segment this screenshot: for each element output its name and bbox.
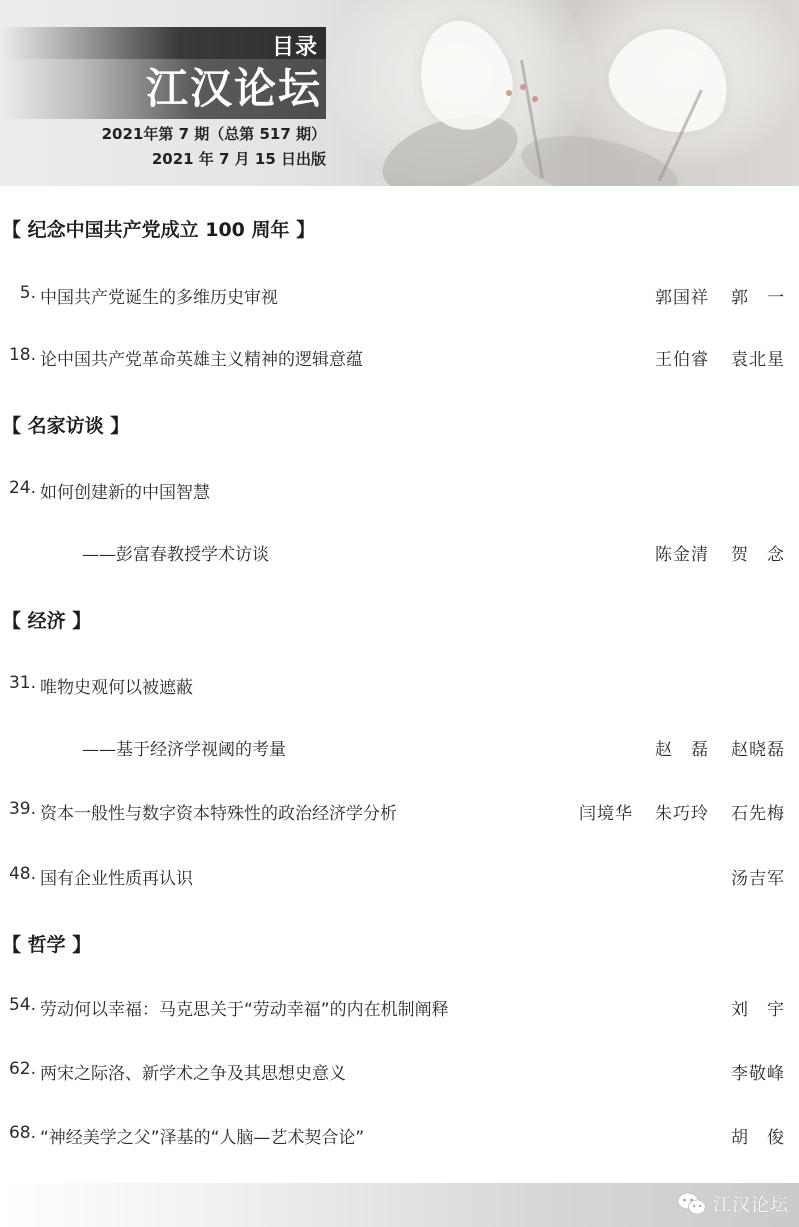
author: 刘 宇 — [731, 995, 785, 1020]
toc-entry[interactable]: 24. 如何创建新的中国智慧 — [0, 478, 799, 508]
footer-bar: 江汉论坛 — [0, 1183, 799, 1227]
publish-date: 2021 年 7 月 15 日出版 — [152, 148, 326, 169]
toc-entry[interactable]: 39. 资本一般性与数字资本特殊性的政治经济学分析 闫境华 朱巧玲 石先梅 — [0, 799, 799, 829]
berry-decoration — [506, 90, 512, 96]
article-title[interactable]: 唯物史观何以被遮蔽 — [40, 673, 193, 698]
article-title[interactable]: 两宋之际洛、新学术之争及其思想史意义 — [40, 1059, 346, 1084]
berry-decoration — [532, 96, 538, 102]
toc-entry-subtitle-row: ——彭富春教授学术访谈 陈金清 贺 念 — [0, 540, 799, 570]
author: 闫境华 — [579, 799, 633, 824]
article-title[interactable]: “神经美学之父”泽基的“人脑—艺术契合论” — [40, 1123, 364, 1148]
section-heading: 【 名家访谈 】 — [2, 411, 129, 438]
page-number: 62. — [0, 1059, 36, 1079]
author: 郭国祥 — [655, 283, 709, 308]
author: 贺 念 — [731, 540, 785, 565]
article-title[interactable]: 中国共产党诞生的多维历史审视 — [40, 283, 278, 308]
toc-entry[interactable]: 48. 国有企业性质再认识 汤吉军 — [0, 864, 799, 894]
page-number: 68. — [0, 1123, 36, 1143]
page-number: 31. — [0, 673, 36, 693]
author-list: 闫境华 朱巧玲 石先梅 — [579, 799, 785, 824]
author-list: 陈金清 贺 念 — [655, 540, 785, 565]
author: 王伯睿 — [655, 345, 709, 370]
author: 汤吉军 — [731, 864, 785, 889]
author: 胡 俊 — [731, 1123, 785, 1148]
toc-entry[interactable]: 68. “神经美学之父”泽基的“人脑—艺术契合论” 胡 俊 — [0, 1123, 799, 1153]
page-number: 39. — [0, 799, 36, 819]
toc-entry-subtitle-row: ——基于经济学视阈的考量 赵 磊 赵晓磊 — [0, 735, 799, 765]
author: 赵晓磊 — [731, 735, 785, 760]
author-list: 王伯睿 袁北星 — [655, 345, 785, 370]
article-title[interactable]: 论中国共产党革命英雄主义精神的逻辑意蕴 — [40, 345, 363, 370]
author: 李敬峰 — [731, 1059, 785, 1084]
toc-entry[interactable]: 31. 唯物史观何以被遮蔽 — [0, 673, 799, 703]
author: 袁北星 — [731, 345, 785, 370]
toc-entry[interactable]: 5. 中国共产党诞生的多维历史审视 郭国祥 郭 一 — [0, 283, 799, 313]
author-list: 胡 俊 — [731, 1123, 785, 1148]
article-subtitle: ——彭富春教授学术访谈 — [82, 540, 269, 565]
wechat-account-name: 江汉论坛 — [713, 1191, 789, 1217]
author-list: 刘 宇 — [731, 995, 785, 1020]
page-number: 18. — [0, 345, 36, 365]
article-title[interactable]: 国有企业性质再认识 — [40, 864, 193, 889]
berry-decoration — [520, 84, 526, 90]
author: 赵 磊 — [655, 735, 709, 760]
page-number: 24. — [0, 478, 36, 498]
journal-name-bar: 江汉论坛 — [0, 59, 326, 119]
toc-entry[interactable]: 62. 两宋之际洛、新学术之争及其思想史意义 李敬峰 — [0, 1059, 799, 1089]
author-list: 汤吉军 — [731, 864, 785, 889]
wechat-icon — [677, 1192, 707, 1216]
toc-label-bar: 目录 — [0, 27, 326, 59]
page-number: 54. — [0, 995, 36, 1015]
section-heading: 【 经济 】 — [2, 606, 91, 633]
section-heading: 【 哲学 】 — [2, 930, 91, 957]
author-list: 赵 磊 赵晓磊 — [655, 735, 785, 760]
toc-entry[interactable]: 54. 劳动何以幸福：马克思关于“劳动幸福”的内在机制阐释 刘 宇 — [0, 995, 799, 1025]
header-banner: 目录 江汉论坛 2021年第 7 期（总第 517 期） 2021 年 7 月 … — [0, 0, 799, 186]
article-title[interactable]: 劳动何以幸福：马克思关于“劳动幸福”的内在机制阐释 — [40, 995, 449, 1020]
page-number: 48. — [0, 864, 36, 884]
author: 陈金清 — [655, 540, 709, 565]
author-list: 郭国祥 郭 一 — [655, 283, 785, 308]
article-title[interactable]: 资本一般性与数字资本特殊性的政治经济学分析 — [40, 799, 397, 824]
page-number: 5. — [0, 283, 36, 303]
author: 石先梅 — [731, 799, 785, 824]
journal-name: 江汉论坛 — [146, 63, 322, 115]
toc-entry[interactable]: 18. 论中国共产党革命英雄主义精神的逻辑意蕴 王伯睿 袁北星 — [0, 345, 799, 375]
issue-number: 2021年第 7 期（总第 517 期） — [102, 123, 326, 144]
section-heading: 【 纪念中国共产党成立 100 周年 】 — [2, 215, 315, 242]
author: 郭 一 — [731, 283, 785, 308]
wechat-account-watermark: 江汉论坛 — [677, 1191, 789, 1217]
article-title[interactable]: 如何创建新的中国智慧 — [40, 478, 210, 503]
toc-label: 目录 — [272, 30, 318, 61]
author: 朱巧玲 — [655, 799, 709, 824]
author-list: 李敬峰 — [731, 1059, 785, 1084]
article-subtitle: ——基于经济学视阈的考量 — [82, 735, 286, 760]
